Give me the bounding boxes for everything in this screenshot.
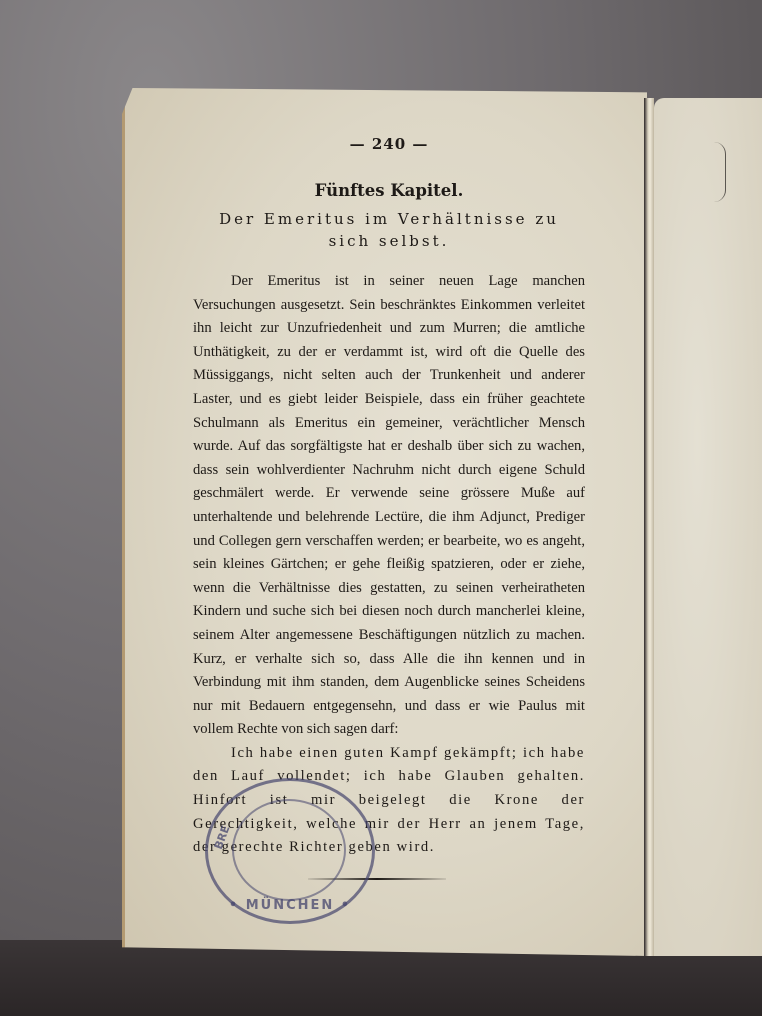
- library-stamp: BRE • MÜNCHEN •: [205, 778, 375, 924]
- section-title-line: Der Emeritus im Verhältnisse zu: [193, 208, 585, 230]
- section-title: Der Emeritus im Verhältnisse zu sich sel…: [193, 208, 585, 252]
- chapter-title: Fünftes Kapitel.: [193, 181, 585, 200]
- pencil-mark: [705, 142, 726, 202]
- section-title-line: sich selbst.: [193, 230, 585, 252]
- stamp-bottom-text: • MÜNCHEN •: [208, 898, 372, 913]
- book-spine-gutter: [644, 98, 654, 956]
- body-paragraph: Der Emeritus ist in seiner neuen Lage ma…: [193, 270, 585, 742]
- page-text-block: — 240 — Fünftes Kapitel. Der Emeritus im…: [193, 135, 585, 880]
- stamp-side-text: BRE: [212, 824, 233, 851]
- stamp-inner-ring: [232, 799, 346, 901]
- page-number: — 240 —: [193, 135, 585, 153]
- right-book-page: [654, 98, 762, 956]
